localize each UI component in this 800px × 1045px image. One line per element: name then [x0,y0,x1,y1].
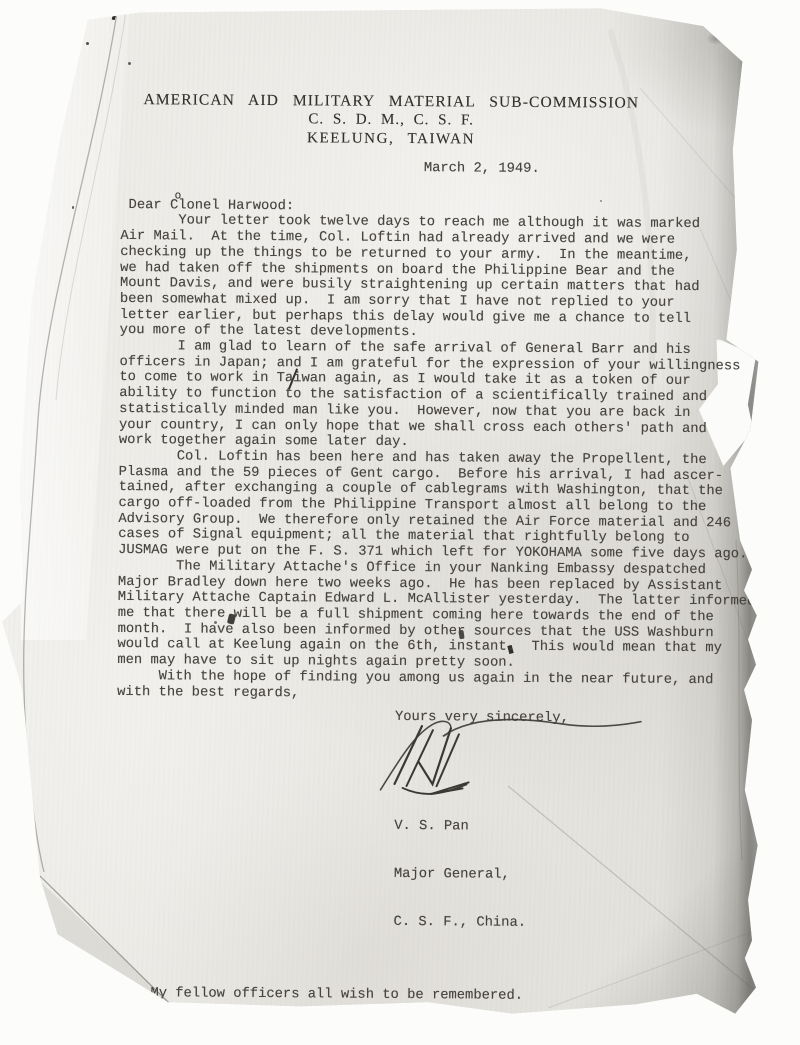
letterhead-organization: AMERICAN AID MILITARY MATERIAL SUB-COMMI… [121,90,661,113]
ink-speck [72,206,74,209]
scan-background: AMERICAN AID MILITARY MATERIAL SUB-COMMI… [0,0,800,1045]
pen-mark [146,6,158,10]
paragraph-2: I am glad to learn of the safe arrival o… [119,339,800,454]
signer-name: V. S. Pan [394,819,796,838]
signer-title: Major General, [394,867,796,886]
letterhead-location: KEELUNG, TAIWAN [121,128,661,151]
letterhead: AMERICAN AID MILITARY MATERIAL SUB-COMMI… [121,0,662,151]
overtype-correction: o [175,189,182,205]
letter-content: AMERICAN AID MILITARY MATERIAL SUB-COMMI… [115,0,800,1006]
signature-scribble [372,710,663,808]
date-line: March 2, 1949. [121,159,800,179]
letter-page: AMERICAN AID MILITARY MATERIAL SUB-COMMI… [0,0,800,1045]
salutation-text: Dear Clonel Harwood: [129,198,295,214]
paragraph-5: With the hope of finding you among us ag… [117,669,797,705]
signature-block: V. S. Pan Major General, C. S. F., China… [393,787,796,966]
ink-speck [86,42,89,45]
paragraph-1: Your letter took twelve days to reach me… [120,213,800,343]
signer-organization: C. S. F., China. [394,915,796,934]
paragraph-3: Col. Loftin has been here and has taken … [118,449,799,564]
stain-spot [742,34,751,42]
signature-area [117,724,797,790]
paragraph-4: The Military Attache's Office in your Na… [117,559,798,674]
